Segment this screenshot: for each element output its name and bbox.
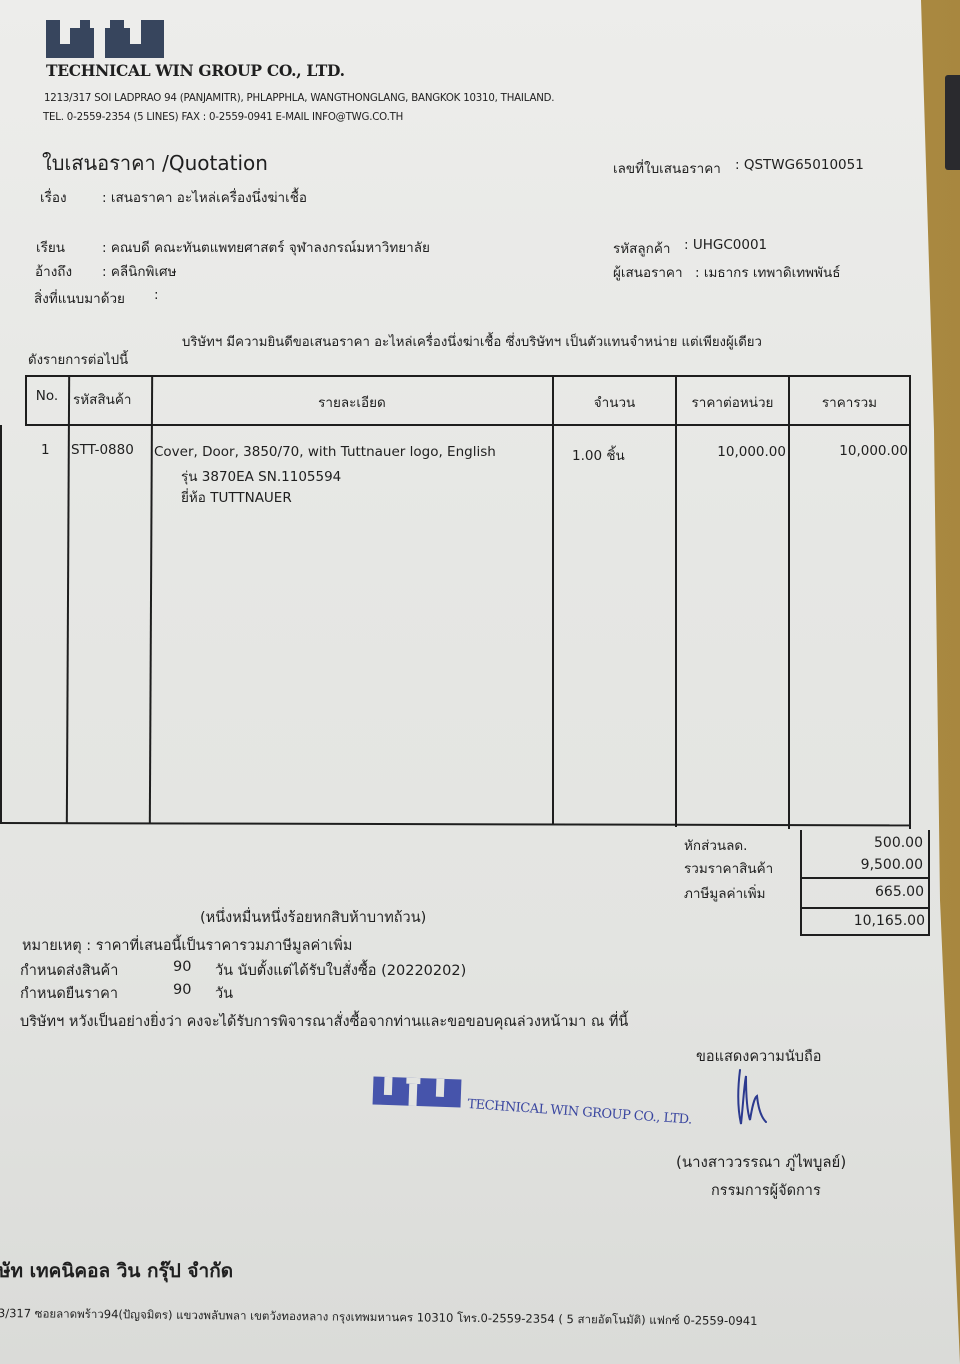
quoter-label: ผู้เสนอราคา [613, 261, 683, 283]
closing-text: บริษัทฯ หวังเป็นอย่างยิ่งว่า คงจะได้รับก… [20, 1010, 628, 1033]
background-object [945, 75, 960, 170]
delivery-label: กำหนดส่งสินค้า [20, 959, 118, 982]
company-name: TECHNICAL WIN GROUP CO., LTD. [46, 61, 345, 80]
signer-name: (นางสาววรรณา ภู่ไพบูลย์) [676, 1150, 846, 1174]
delivery-days: 90 [173, 959, 191, 975]
document-title: ใบเสนอราคา /Quotation [42, 147, 268, 179]
validity-label: กำหนดยืนราคา [20, 982, 118, 1005]
row-unit-price: 10,000.00 [677, 444, 786, 460]
subject-value: : เสนอราคา อะไหล่เครื่องนึ่งฆ่าเชื้อ [102, 186, 307, 208]
vat-value: 665.00 [814, 884, 924, 900]
ref-label: อ้างถึง [35, 260, 72, 282]
row-no: 1 [41, 442, 50, 458]
footer-company-name: ษัท เทคนิคอล วิน กรุ๊ป จำกัด [0, 1256, 233, 1286]
header-quantity: จำนวน [554, 391, 675, 413]
validity-days: 90 [173, 982, 191, 998]
company-contact: TEL. 0-2559-2354 (5 LINES) FAX : 0-2559-… [43, 112, 403, 123]
row-model: รุ่น 3870EA SN.1105594 [181, 465, 341, 487]
remark: หมายเหตุ : ราคาที่เสนอนี้เป็นราคารวมภาษี… [22, 934, 352, 957]
header-no: No. [27, 388, 67, 404]
attachment-value: : [154, 287, 159, 303]
twg-logo-icon [46, 20, 164, 58]
delivery-terms: วัน นับตั้งแต่ได้รับใบสั่งซื้อ (20220202… [215, 959, 466, 982]
row-description: Cover, Door, 3850/70, with Tuttnauer log… [154, 444, 496, 460]
row-product-code: STT-0880 [71, 442, 134, 458]
discount-label: หักส่วนลด. [684, 834, 747, 856]
to-label: เรียน [36, 236, 65, 258]
customer-code-value: : UHGC0001 [684, 237, 767, 253]
company-address: 1213/317 SOI LADPRAO 94 (PANJAMITR), PHL… [44, 93, 554, 104]
row-quantity: 1.00 ชิ้น [572, 444, 625, 466]
validity-unit: วัน [215, 982, 233, 1005]
ref-value: : คลีนิกพิเศษ [102, 260, 177, 282]
company-stamp-text: TECHNICAL WIN GROUP CO., LTD. [467, 1097, 692, 1128]
header-product-code: รหัสสินค้า [69, 388, 154, 410]
grand-total-value: 10,165.00 [815, 913, 925, 929]
vat-label: ภาษีมูลค่าเพิ่ม [684, 882, 766, 904]
subject-label: เรื่อง [40, 186, 67, 208]
quoter-value: : เมธากร เทพาดิเทพพันธ์ [695, 261, 840, 283]
intro-text-continued: ดังรายการต่อไปนี้ [28, 349, 128, 370]
row-total: 10,000.00 [790, 443, 908, 459]
quote-number-label: เลขที่ใบเสนอราคา [613, 157, 721, 179]
amount-in-words: (หนึ่งหมื่นหนึ่งร้อยหกสิบห้าบาทถ้วน) [200, 906, 426, 929]
header-description: รายละเอียด [152, 391, 552, 413]
to-value: : คณบดี คณะทันตแพทยศาสตร์ จุฬาลงกรณ์มหาว… [102, 236, 430, 258]
customer-code-label: รหัสลูกค้า [613, 237, 670, 259]
subtotal-value: 9,500.00 [813, 857, 923, 873]
row-brand: ยี่ห้อ TUTTNAUER [181, 486, 292, 508]
attachment-label: สิ่งที่แนบมาด้วย [34, 287, 125, 309]
footer-address: 3/317 ซอยลาดพร้าว94(ปัญจมิตร) แขวงพลับพล… [0, 1305, 758, 1331]
subtotal-label: รวมราคาสินค้า [684, 857, 773, 879]
header-total: ราคารวม [790, 391, 909, 413]
company-stamp-logo-icon [373, 1076, 462, 1107]
signature-icon [730, 1066, 780, 1128]
intro-text: บริษัทฯ มีความยินดีขอเสนอราคา อะไหล่เครื… [182, 331, 762, 352]
regards-text: ขอแสดงความนับถือ [696, 1045, 821, 1068]
quote-number-value: : QSTWG65010051 [735, 157, 864, 173]
quotation-page: TECHNICAL WIN GROUP CO., LTD. 1213/317 S… [0, 0, 960, 1364]
signer-title: กรรมการผู้จัดการ [711, 1179, 821, 1202]
discount-value: 500.00 [813, 835, 923, 851]
header-unit-price: ราคาต่อหน่วย [677, 391, 788, 413]
